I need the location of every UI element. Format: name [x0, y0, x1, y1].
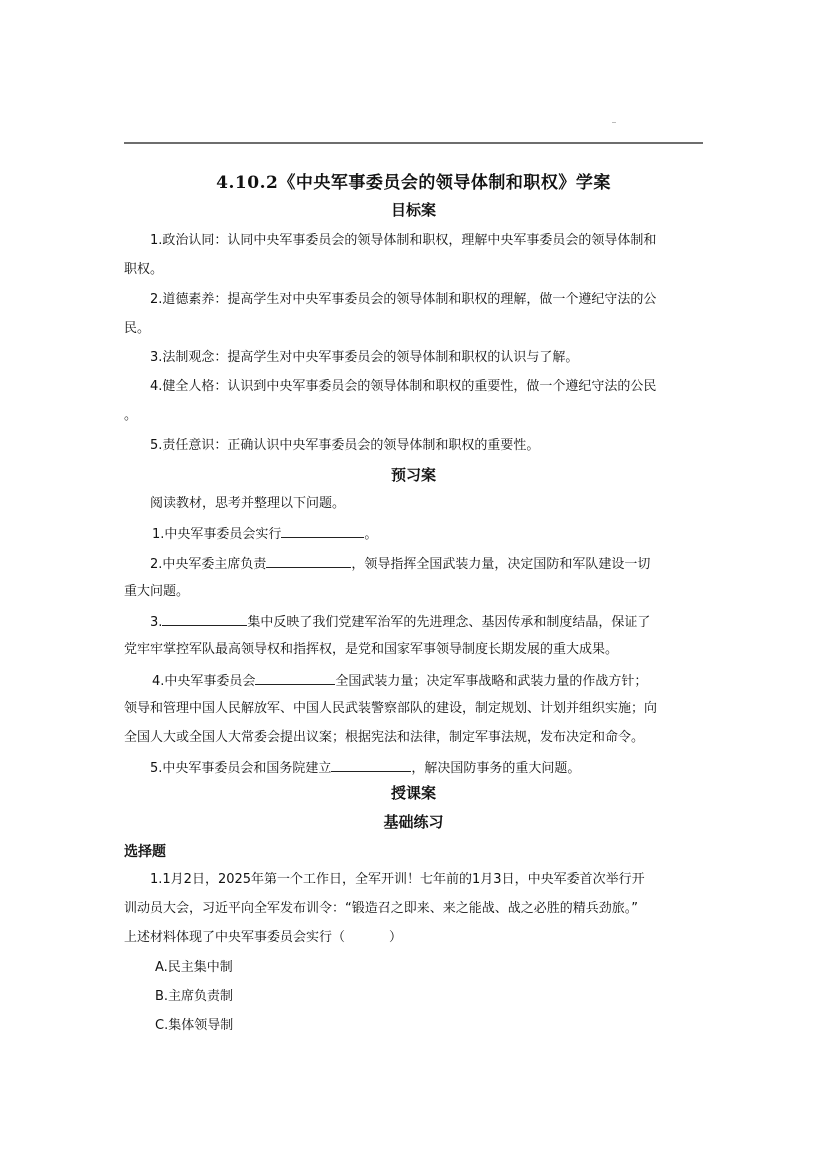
header-rule: [124, 142, 703, 144]
question1-line3: 上述材料体现了中央军事委员会实行（）: [124, 928, 703, 948]
question-type-label: 选择题: [124, 841, 166, 861]
goal-2-line1: 2.道德素养：提高学生对中央军事委员会的领导体制和职权的理解，做一个遵纪守法的公: [124, 290, 729, 310]
section-heading-goals: 目标案: [124, 199, 703, 220]
goal-1-line2: 职权。: [124, 260, 703, 280]
page-title: 4.10.2《中央军事委员会的领导体制和职权》学案: [124, 168, 703, 193]
option-c[interactable]: C.集体领导制: [124, 1016, 734, 1036]
header-mark: [612, 122, 616, 123]
preview-q2-line2: 重大问题。: [124, 582, 703, 602]
preview-q4-line2: 领导和管理中国人民解放军、中国人民武装警察部队的建设，制定规划、计划并组织实施；…: [124, 699, 703, 719]
question1-line1: 1.1月2日，2025年第一个工作日，全军开训！七年前的1月3日，中央军委首次举…: [124, 870, 729, 890]
preview-intro: 阅读教材，思考并整理以下问题。: [124, 494, 729, 514]
section-subheading-basic-practice: 基础练习: [124, 811, 703, 832]
q1-blank[interactable]: [281, 523, 364, 538]
q1-text: 1.中央军事委员会实行: [152, 527, 281, 542]
q4-tail: 全国武装力量；决定军事战略和武装力量的作战方针；: [335, 674, 647, 689]
goal-1-line1: 1.政治认同：认同中央军事委员会的领导体制和职权，理解中央军事委员会的领导体制和: [124, 231, 729, 251]
section-heading-preview: 预习案: [124, 464, 703, 485]
q5-blank[interactable]: [331, 757, 411, 772]
option-a[interactable]: A.民主集中制: [124, 958, 734, 978]
preview-q1: 1.中央军事委员会实行。: [124, 523, 731, 545]
preview-q4: 4.中央军事委员会全国武装力量；决定军事战略和武装力量的作战方针；: [124, 670, 731, 692]
goal-3: 3.法制观念：提高学生对中央军事委员会的领导体制和职权的认识与了解。: [124, 348, 729, 368]
section-heading-lesson: 授课案: [124, 782, 703, 803]
question1-close-paren: ）: [389, 930, 402, 945]
q3-text: 3.: [150, 615, 162, 630]
q3-tail: 集中反映了我们党建军治军的先进理念、基因传承和制度结晶，保证了: [247, 615, 650, 630]
option-b[interactable]: B.主席负责制: [124, 987, 734, 1007]
goal-4-line2: 。: [124, 406, 703, 426]
q3-blank[interactable]: [162, 611, 247, 626]
q2-text: 2.中央军委主席负责: [150, 557, 266, 572]
q1-tail: 。: [364, 527, 377, 542]
goal-5: 5.责任意识：正确认识中央军事委员会的领导体制和职权的重要性。: [124, 436, 729, 456]
preview-q4-line3: 全国人大或全国人大常委会提出议案；根据宪法和法律，制定军事法规，发布决定和命令。: [124, 728, 703, 748]
goal-2-line2: 民。: [124, 319, 703, 339]
q5-text: 5.中央军事委员会和国务院建立: [150, 761, 331, 776]
preview-q2: 2.中央军委主席负责，领导指挥全国武装力量，决定国防和军队建设一切: [124, 553, 729, 575]
goal-4-line1: 4.健全人格：认识到中央军事委员会的领导体制和职权的重要性，做一个遵纪守法的公民: [124, 377, 729, 397]
q4-text: 4.中央军事委员会: [152, 674, 255, 689]
preview-q5: 5.中央军事委员会和国务院建立，解决国防事务的重大问题。: [124, 757, 729, 779]
preview-q3: 3.集中反映了我们党建军治军的先进理念、基因传承和制度结晶，保证了: [124, 611, 729, 633]
question1-line2: 训动员大会，习近平向全军发布训令：“锻造召之即来、来之能战、战之必胜的精兵劲旅。…: [124, 899, 703, 919]
question1-stem: 上述材料体现了中央军事委员会实行（: [124, 930, 345, 945]
q2-tail: ，领导指挥全国武装力量，决定国防和军队建设一切: [351, 557, 650, 572]
q2-blank[interactable]: [266, 553, 351, 568]
preview-q3-line2: 党牢牢掌控军队最高领导权和指挥权，是党和国家军事领导制度长期发展的重大成果。: [124, 640, 703, 660]
q4-blank[interactable]: [255, 670, 335, 685]
q5-tail: ，解决国防事务的重大问题。: [411, 761, 580, 776]
